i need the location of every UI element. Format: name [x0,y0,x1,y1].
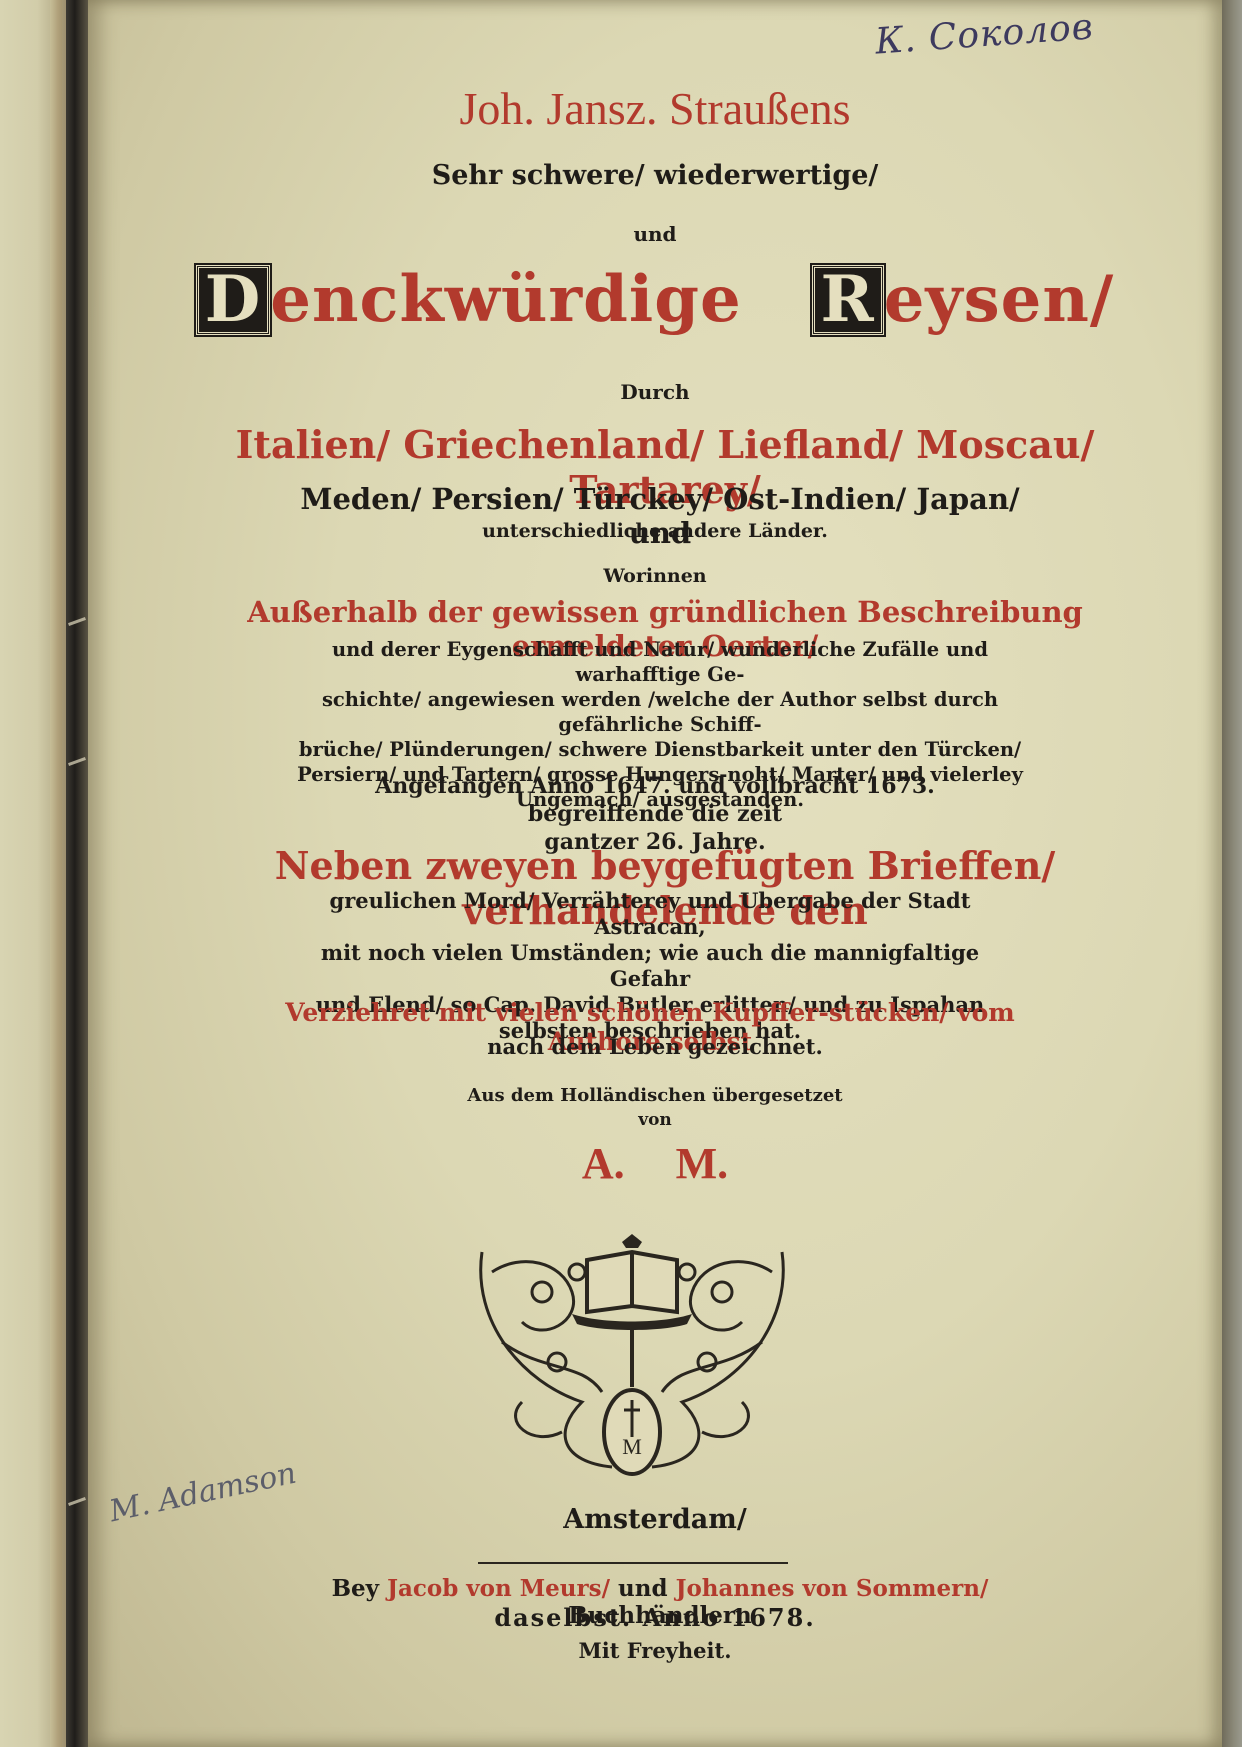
countries-tail-line: unterschiedliche andere Länder. [88,520,1222,542]
author-line: Joh. Jansz. Straußens [88,82,1222,135]
imprint-rule [478,1562,788,1564]
bey-label: Bey [332,1575,379,1602]
von-line: von [88,1110,1222,1130]
translated-line: Aus dem Holländischen übergesetzet [88,1085,1222,1106]
letters-line: mit noch vielen Umständen; wie auch die … [300,940,1000,992]
monogram: M [622,1434,642,1459]
page-right-edge [1222,0,1242,1747]
letters-line: greulichen Mord/ Verrähterey und Ubergab… [300,888,1000,940]
printer-1: Jacob von Meurs/ [387,1575,610,1602]
und-connector: und [88,222,1222,246]
decorated-initial-r: R [812,265,884,335]
printers-device-ornament-icon: M [462,1232,802,1480]
privilege-line: Mit Freyheit. [88,1638,1222,1663]
years-line: Angefangen Anno 1647. und vollbracht 167… [310,772,1000,828]
description-line: brüche/ Plünderungen/ schwere Dienstbark… [280,737,1040,762]
und-label: und [618,1575,668,1602]
title-word-1: enckwürdige [270,262,741,337]
main-title: Denckwürdige Reysen/ [88,262,1222,337]
decorated-initial-d: D [196,265,271,335]
durch-line: Durch [88,380,1222,404]
worinnen-line: Worinnen [88,565,1222,587]
subtitle-line: Sehr schwere/ wiederwertige/ [88,160,1222,191]
imprint-city: Amsterdam/ [88,1504,1222,1535]
nach-dem-leben-line: nach dem Leben gezeichnet. [88,1034,1222,1059]
binding-gutter [66,0,88,1747]
translator-initials: A. M. [88,1138,1222,1189]
description-line: und derer Eygenschafft und Natur/ wunder… [280,637,1040,687]
printer-2: Johannes von Sommern/ [676,1575,989,1602]
description-line: schichte/ angewiesen werden /welche der … [280,687,1040,737]
title-word-2: eysen/ [884,262,1115,337]
torn-endpaper-edge [50,0,66,1747]
imprint-date: daselbst. Anno 1678. [88,1603,1222,1632]
